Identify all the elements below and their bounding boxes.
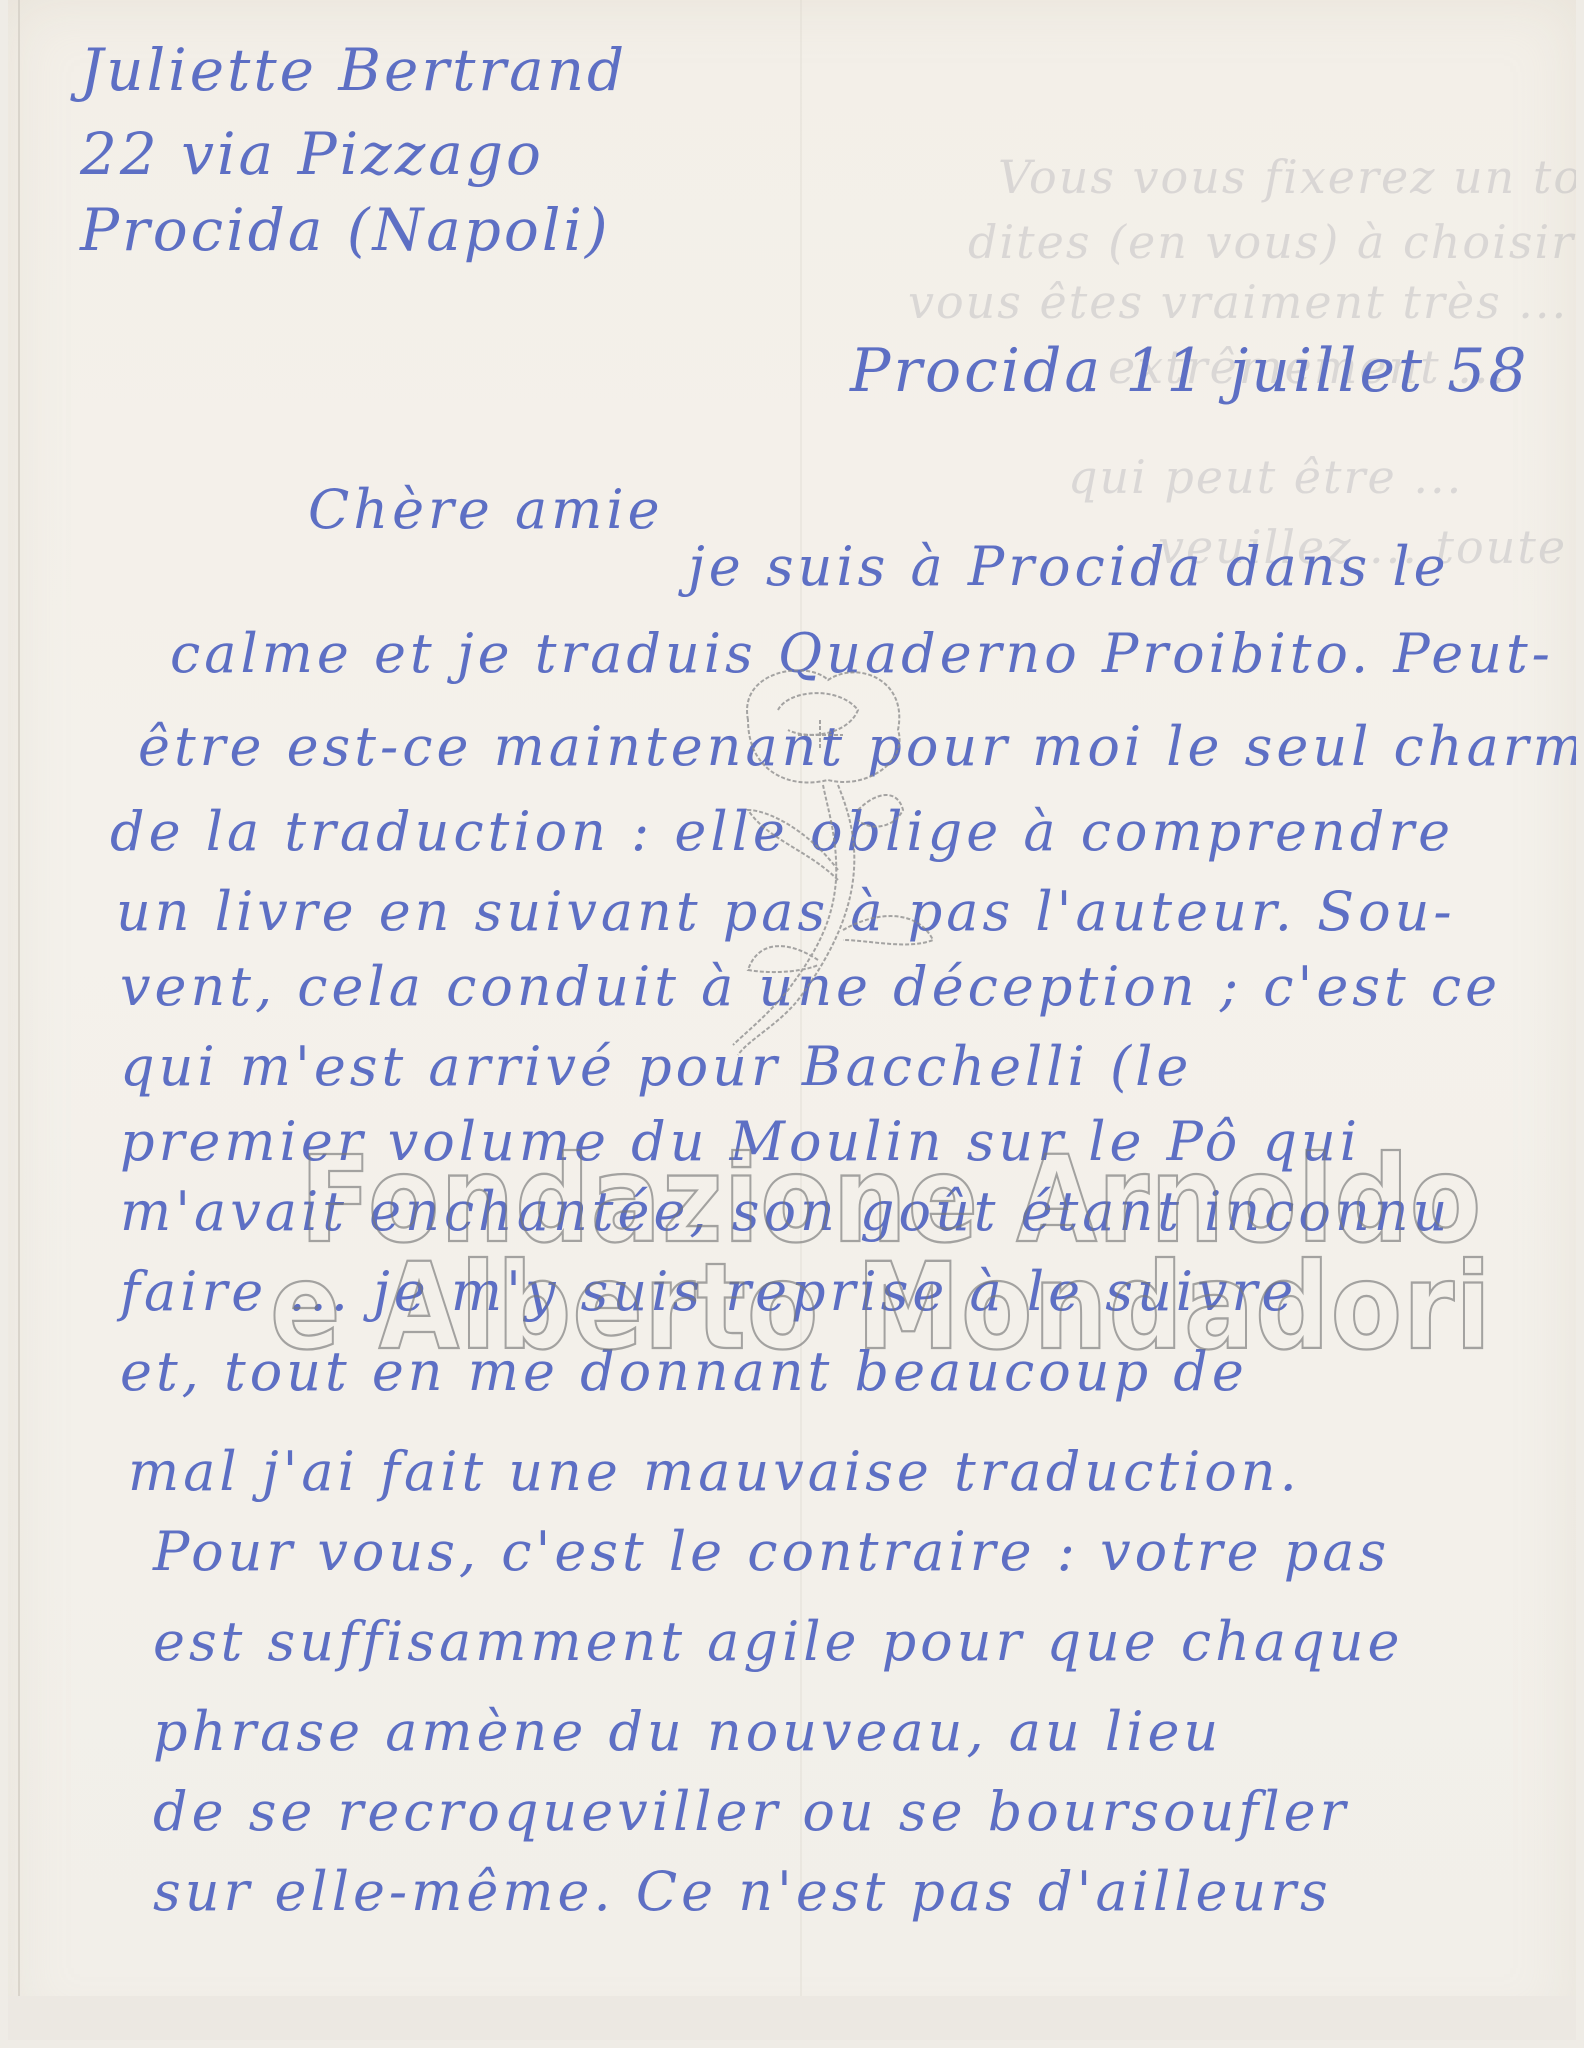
watermark-line-2: e Alberto Mondadori xyxy=(270,1237,1492,1377)
bleed-through-text: Vous vous fixerez un tour pour xyxy=(998,150,1576,204)
body-line: Pour vous, c'est le contraire : votre pa… xyxy=(153,1520,1390,1583)
body-line: de se recroqueviller ou se boursoufler xyxy=(153,1780,1349,1843)
letter-page: Vous vous fixerez un tour pour dites (en… xyxy=(8,0,1576,2040)
bleed-through-text: qui peut être ... xyxy=(1068,450,1463,504)
body-line: phrase amène du nouveau, au lieu xyxy=(153,1700,1222,1763)
salutation: Chère amie xyxy=(308,478,664,541)
bleed-through-text: dites (en vous) à choisir xyxy=(968,215,1575,269)
scan-bottom-edge xyxy=(8,1996,1576,2040)
body-line: mal j'ai fait une mauvaise traduction. xyxy=(128,1440,1301,1503)
bleed-through-text: vous êtes vraiment très ... xyxy=(908,275,1568,329)
body-line: qui m'est arrivé pour Bacchelli (le xyxy=(120,1035,1192,1098)
body-line: est suffisamment agile pour que chaque xyxy=(153,1610,1403,1673)
dateline: Procida 11 juillet 58 xyxy=(850,336,1530,406)
sender-street: 22 via Pizzago xyxy=(80,120,544,188)
body-line: sur elle-même. Ce n'est pas d'ailleurs xyxy=(153,1860,1332,1923)
body-line: je suis à Procida dans le xyxy=(688,535,1450,598)
rose-emblem-icon xyxy=(708,640,968,1080)
page-edge xyxy=(18,0,20,2040)
sender-city: Procida (Napoli) xyxy=(80,196,611,264)
sender-name: Juliette Bertrand xyxy=(80,36,627,104)
